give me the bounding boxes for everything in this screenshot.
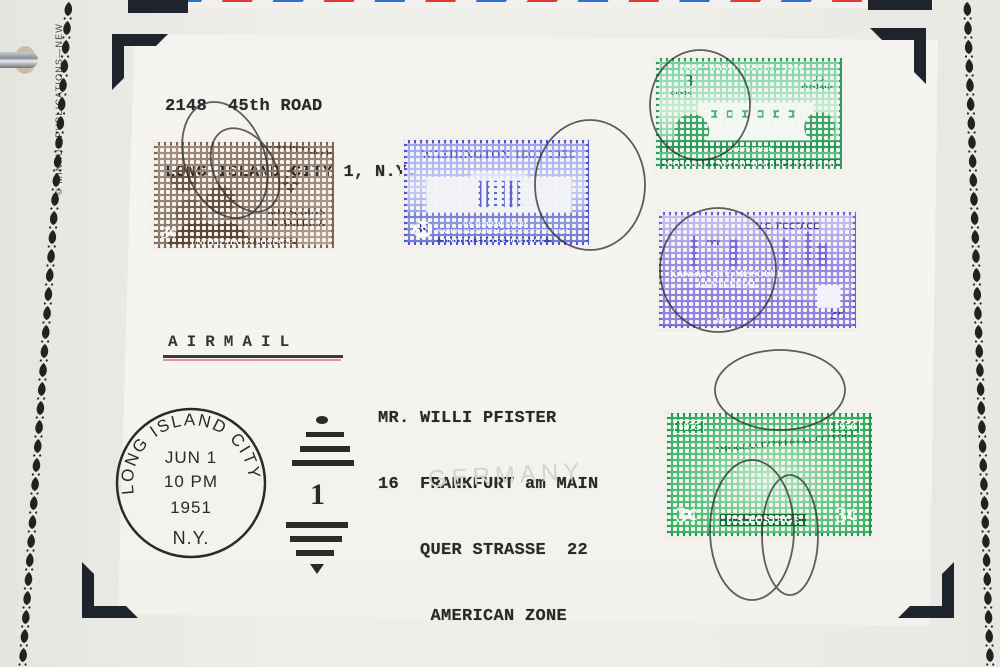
- stamp-supreme-court: WASHINGTON 1800-1950 U.S. SUPREME COURT …: [400, 136, 593, 249]
- recipient-line-1: MR. WILLI PFISTER: [378, 408, 599, 430]
- recipient-line-3: QUER STRASSE 22: [378, 540, 599, 562]
- stamp-title-line-2: CENTENNIAL: [698, 280, 758, 290]
- postmark-state: N.Y.: [112, 528, 270, 549]
- sender-line-1: 2148 45th ROAD: [165, 96, 417, 118]
- stamp-top-text: 1800 · WASHINGTON · 1950: [679, 63, 804, 72]
- upper-airmail-cover-edge: [128, 0, 933, 8]
- airmail-underline: [163, 355, 343, 358]
- recipient-address: MR. WILLI PFISTER 16 FRANKFURT am MAIN Q…: [378, 364, 599, 667]
- stamp-denomination-unit: CENTS: [671, 91, 691, 97]
- stamp-denomination-left: 3¢: [676, 502, 698, 528]
- stamp-denomination: 3¢: [830, 307, 845, 324]
- stamp-caption: WHITE HOUSE: [729, 147, 773, 153]
- stamp-denomination: 3¢: [413, 221, 432, 238]
- photo-corner-top-left: [112, 34, 168, 90]
- stamp-bottom-text: UNITED STATES POSTAGE: [187, 238, 297, 247]
- postmark-killer-bars: 1: [280, 412, 360, 582]
- stamp-denomination-right: 3¢: [836, 502, 858, 528]
- album-page: © MINKUS PUBLICATIONS—NEW 2148 45th ROAD…: [0, 0, 1000, 667]
- stamp-title-line-1: KANSAS CITY, MISSOURI,: [670, 269, 783, 279]
- photo-corner: [128, 0, 188, 13]
- stamp-year-bottom: 1850: [716, 317, 730, 325]
- postmark-time: 10 PM: [112, 472, 270, 492]
- airmail-stripe-border: [128, 0, 933, 2]
- photo-corner-bottom-left: [82, 562, 138, 618]
- postmark-date: JUN 1: [112, 448, 270, 468]
- postmark-circular-datestamp: LONG ISLAND CITY JUN 1 10 PM 1951 N.Y.: [112, 404, 270, 562]
- stamp-title: NATIONAL CAPITAL SESQUICENTENNIAL: [437, 228, 570, 235]
- right-ornamental-border: [960, 0, 997, 667]
- stamp-boy-scouts: "ON MY HONOR I WILL DO MY BEST" BOY SCOU…: [150, 138, 338, 252]
- stamp-top-text: WASHINGTON 1800-1950: [421, 147, 576, 162]
- stamp-bottom-text: UNITED STATES POSTAGE: [437, 237, 551, 245]
- stamp-denomination: 3¢: [161, 225, 177, 243]
- photo-corner-top-right: [870, 28, 926, 84]
- stamp-title: NATIONAL CAPITAL SESQUICENTENNIAL: [661, 159, 841, 169]
- recipient-line-4: AMERICAN ZONE: [378, 606, 599, 628]
- stamp-denomination: 3: [685, 71, 694, 91]
- stamp-year-top: 1950: [706, 239, 720, 247]
- photo-corner: [868, 0, 932, 10]
- stamp-country: U·S POSTAGE: [801, 75, 835, 91]
- stamp-white-house: 1800 · WASHINGTON · 1950 3 CENTS U·S POS…: [652, 54, 846, 173]
- killer-number: 1: [310, 478, 325, 512]
- photo-corner-bottom-right: [898, 562, 954, 618]
- stamp-american-bankers: 1875 1950 AMERICAN BANKERS ASSOCIATION 3…: [663, 409, 876, 540]
- stamp-country: U.S. POSTAGE: [756, 221, 819, 231]
- airmail-label: AIRMAIL: [168, 333, 298, 351]
- stamp-title: BOY SCOUTS OF AMERICA: [261, 207, 331, 229]
- stamp-kansas-city: U.S. POSTAGE 1950 KANSAS CITY, MISSOURI,…: [655, 208, 860, 332]
- stamp-year-left: 1875: [674, 420, 704, 434]
- stamp-title: AMERICAN BANKERS ASSOCIATION: [714, 431, 857, 455]
- postmark-year: 1951: [112, 498, 270, 518]
- left-ornamental-border: [15, 0, 76, 667]
- stamp-bottom-text: U.S. POSTAGE: [720, 514, 806, 526]
- binder-ring: [0, 52, 38, 68]
- airmail-red-underline: [163, 359, 341, 361]
